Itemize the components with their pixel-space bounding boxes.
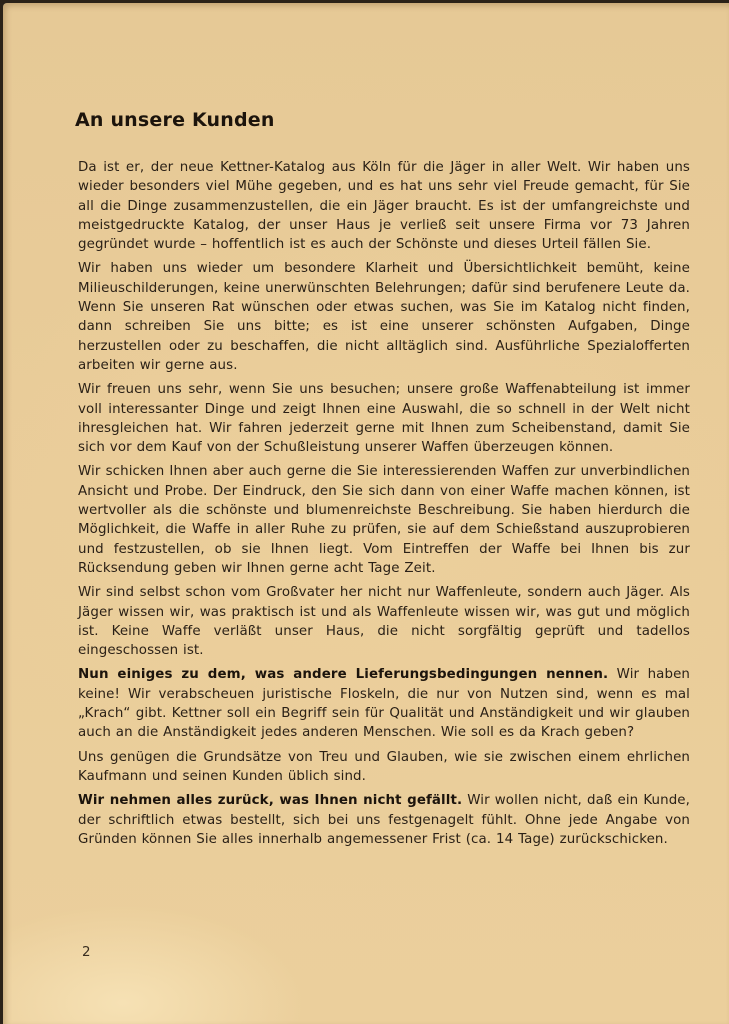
paragraph-trial: Wir schicken Ihnen aber auch gerne die S… (78, 462, 690, 578)
paragraph-delivery-terms: Nun einiges zu dem, was andere Lieferung… (78, 665, 690, 742)
paragraph-hunters: Wir sind selbst schon vom Großvater her … (78, 583, 690, 660)
page-content: An unsere Kunden Da ist er, der neue Ket… (78, 109, 690, 854)
paragraph-visit: Wir freuen uns sehr, wenn Sie uns besuch… (78, 380, 690, 457)
paragraph-good-faith: Uns genügen die Grundsätze von Treu und … (78, 748, 690, 787)
paragraph-text: Wir schicken Ihnen aber auch gerne die S… (78, 464, 690, 575)
paragraph-clarity: Wir haben uns wieder um besondere Klarhe… (78, 259, 690, 375)
paragraph-returns: Wir nehmen alles zurück, was Ihnen nicht… (78, 791, 690, 849)
paragraph-text: Wir sind selbst schon vom Großvater her … (78, 585, 690, 658)
paragraph-lead: Nun einiges zu dem, was andere Lieferung… (78, 667, 608, 682)
paragraph-text: Da ist er, der neue Kettner-Katalog aus … (78, 160, 690, 252)
paragraph-lead: Wir nehmen alles zurück, was Ihnen nicht… (78, 793, 462, 808)
paragraph-text: Wir freuen uns sehr, wenn Sie uns besuch… (78, 382, 690, 455)
paragraph-intro: Da ist er, der neue Kettner-Katalog aus … (78, 158, 690, 254)
catalog-page: An unsere Kunden Da ist er, der neue Ket… (3, 3, 729, 1024)
page-number: 2 (82, 945, 91, 960)
page-heading: An unsere Kunden (75, 109, 690, 131)
paragraph-text: Wir haben uns wieder um besondere Klarhe… (78, 261, 690, 372)
paragraph-text: Uns genügen die Grundsätze von Treu und … (78, 750, 690, 784)
